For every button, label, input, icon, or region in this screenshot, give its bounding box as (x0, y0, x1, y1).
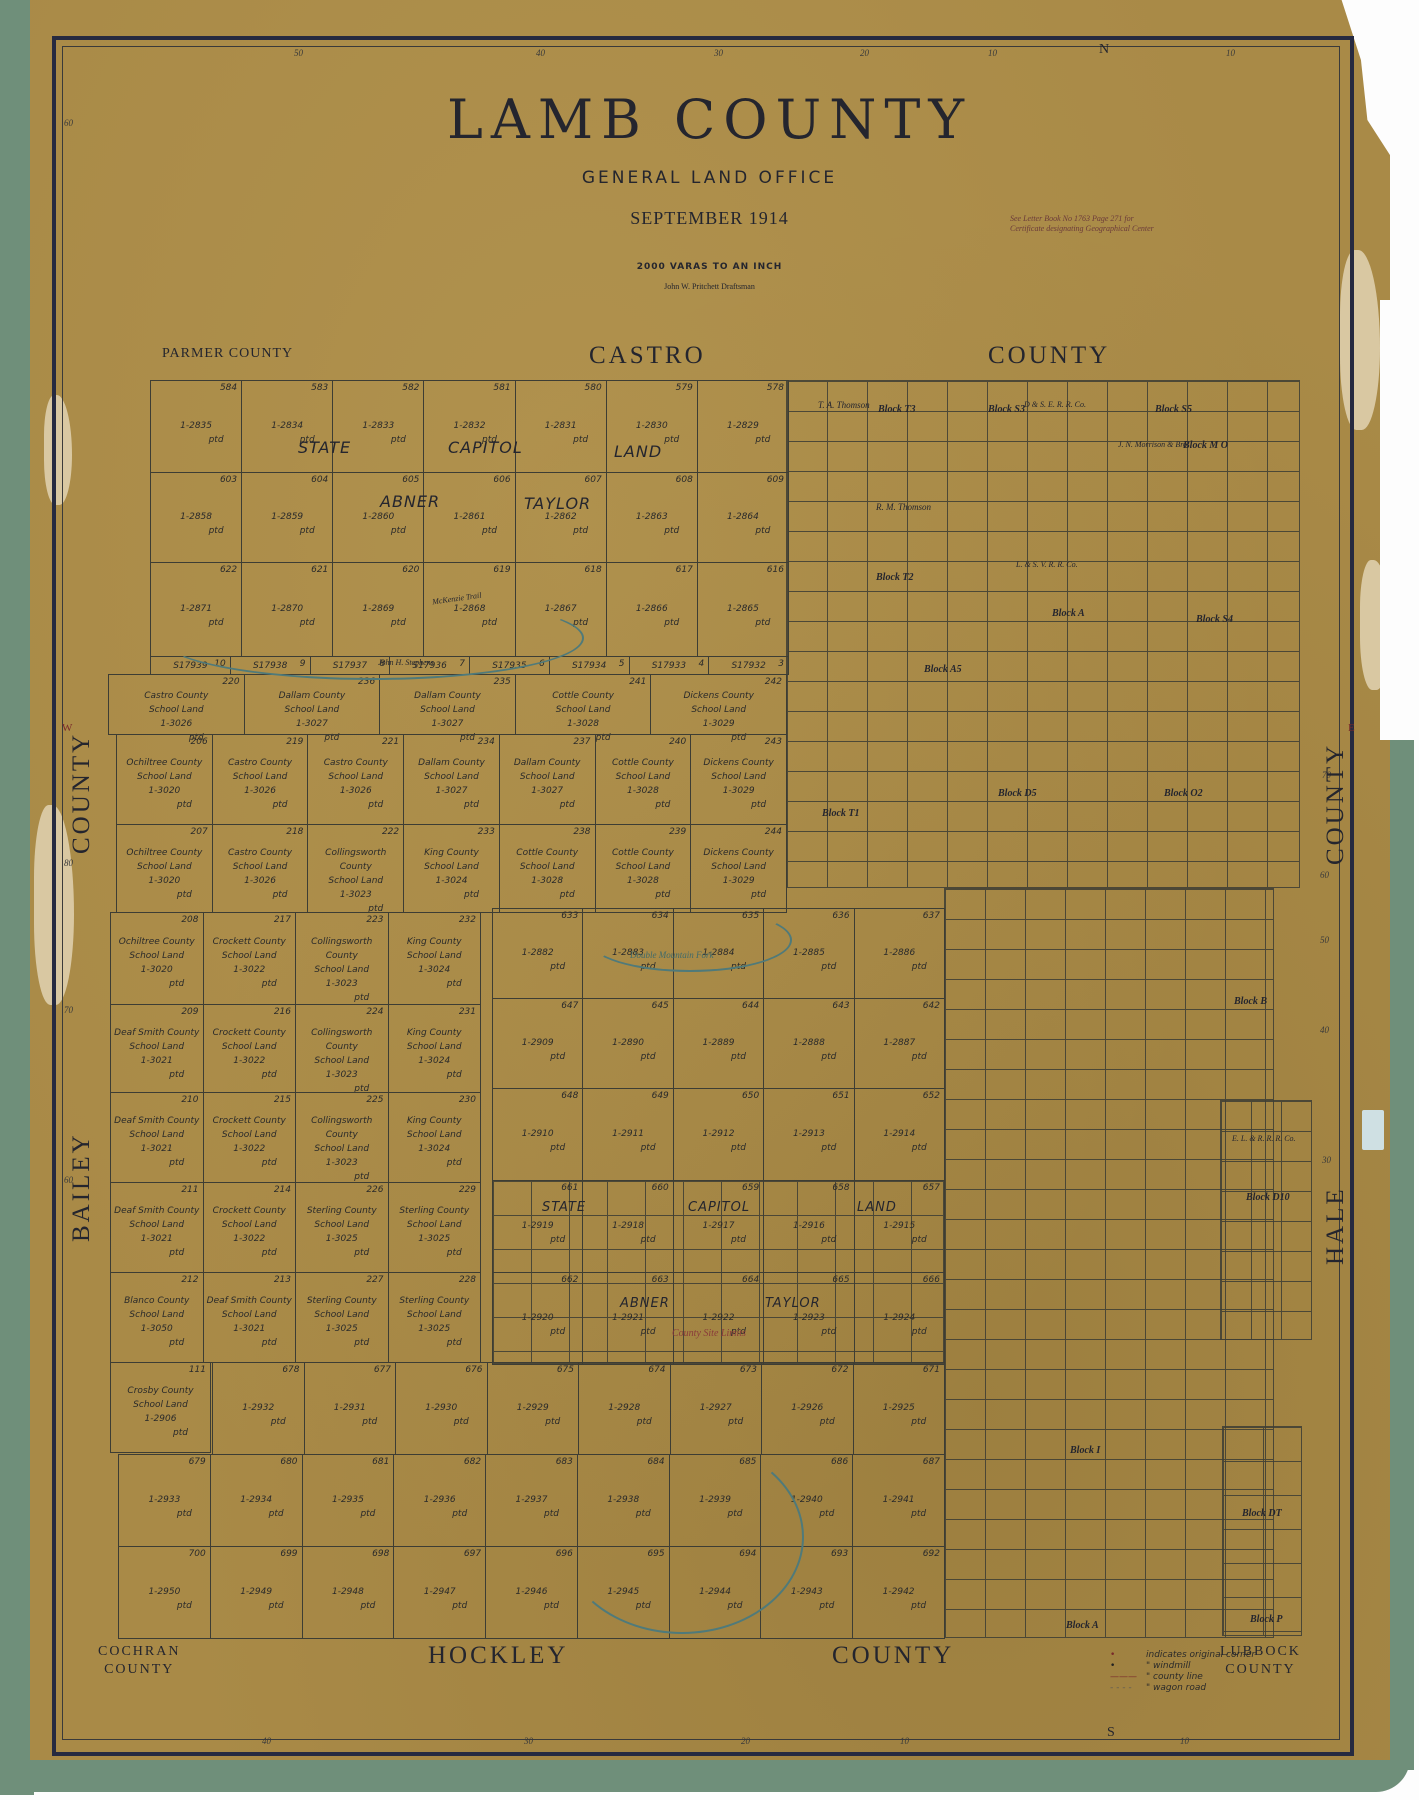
school-row-7: 211Deaf Smith CountySchool Land1-3021ptd… (110, 1182, 480, 1272)
capitol-row-661-657: 6611-2919ptd6601-2918ptd6591-2917ptd6581… (492, 1180, 944, 1272)
certificate-number: 1-2865 (698, 602, 788, 616)
label-morrison: J. N. Morrison & Bro. (1118, 440, 1189, 449)
compass-south: S (1107, 1725, 1115, 1741)
school-county-name: Collingsworth County (308, 846, 403, 874)
survey-section: 244Dickens CountySchool Land1-3029ptd (690, 824, 787, 913)
section-number: 677 (374, 1365, 391, 1375)
label-line: COUNTY (98, 1661, 180, 1679)
section-number: 225 (366, 1095, 383, 1105)
section-number: 604 (311, 475, 328, 485)
section-label: 1-2919ptd (493, 1219, 582, 1247)
border-tick: 10 (1180, 1736, 1189, 1746)
survey-section: 242Dickens CountySchool Land1-3029ptd (650, 674, 787, 735)
patented-mark: ptd (493, 1325, 582, 1339)
school-row-3: 207Ochiltree CountySchool Land1-3020ptd2… (116, 824, 786, 912)
section-label: 1-2910ptd (493, 1127, 582, 1155)
school-land-text: School Land (389, 1128, 481, 1142)
section-label: Crockett CountySchool Land1-3022ptd (204, 1204, 296, 1260)
patented-mark: ptd (764, 1233, 853, 1247)
legend-label: indicates original corner (1146, 1650, 1255, 1660)
school-land-text: School Land (204, 949, 296, 963)
section-number: 636 (832, 911, 849, 921)
school-county-name: Deaf Smith County (111, 1026, 203, 1040)
border-tick: 20 (741, 1736, 750, 1746)
survey-section: 6651-2923ptd (763, 1272, 854, 1365)
patented-mark: ptd (211, 1599, 302, 1613)
patented-mark: ptd (583, 1141, 672, 1155)
section-label: S17932 (709, 659, 788, 673)
survey-section: 223Collingsworth CountySchool Land1-3023… (295, 912, 389, 1005)
school-county-name: Crockett County (204, 1026, 296, 1040)
section-label: 1-2866ptd (607, 602, 697, 630)
section-number: 681 (372, 1457, 389, 1467)
survey-section: 6981-2948ptd (302, 1546, 395, 1639)
school-land-text: School Land (516, 703, 651, 717)
legend-item: •" windmill (1110, 1661, 1255, 1672)
survey-section: 232King CountySchool Land1-3024ptd (388, 912, 482, 1005)
section-number: 606 (493, 475, 510, 485)
label-el-rr-co: E. L. & R. R. R. Co. (1232, 1134, 1296, 1143)
certificate-number: S17932 (709, 659, 788, 673)
certificate-number: 1-2910 (493, 1127, 582, 1141)
certificate-number: 1-3020 (111, 963, 203, 977)
survey-section: 5811-2832ptd (423, 380, 515, 473)
survey-section: 6591-2917ptd (673, 1180, 764, 1273)
certificate-number: 1-2941 (853, 1493, 944, 1507)
section-number: 687 (923, 1457, 940, 1467)
certificate-number: 1-2911 (583, 1127, 672, 1141)
certificate-number: 1-2917 (674, 1219, 763, 1233)
patented-mark: ptd (516, 433, 606, 447)
label-county-site: County Site Limits (672, 1328, 746, 1339)
survey-section: 216Crockett CountySchool Land1-3022ptd (203, 1004, 297, 1093)
survey-section: 213Deaf Smith CountySchool Land1-3021ptd (203, 1272, 297, 1363)
school-land-text: School Land (296, 963, 388, 977)
section-label: 1-2928ptd (579, 1401, 670, 1429)
label-block-a5: Block A5 (924, 664, 962, 675)
section-label: Crockett CountySchool Land1-3022ptd (204, 1114, 296, 1170)
school-county-name: Deaf Smith County (111, 1204, 203, 1218)
patented-mark: ptd (855, 1233, 944, 1247)
survey-section: 240Cottle CountySchool Land1-3028ptd (595, 734, 692, 825)
label-hale: HALE (1322, 1186, 1350, 1265)
label-block-o2: Block O2 (1164, 788, 1203, 799)
survey-section: 3S17932 (708, 656, 789, 675)
label-taylor-south: TAYLOR (765, 1296, 821, 1311)
school-land-text: School Land (389, 1040, 481, 1054)
survey-section: 230King CountySchool Land1-3024ptd (388, 1092, 482, 1183)
cloth-backing-right (1388, 730, 1414, 1770)
handwritten-note: See Letter Book No 1763 Page 271 for Cer… (1010, 214, 1154, 234)
certificate-number: 1-2932 (213, 1401, 304, 1415)
certificate-number: 1-3021 (204, 1322, 296, 1336)
windmill-symbol-icon: • (1110, 1661, 1146, 1672)
section-number: 649 (652, 1091, 669, 1101)
paper-tear (1362, 1110, 1384, 1150)
section-number: 616 (767, 565, 784, 575)
label-abner: ABNER (380, 492, 440, 511)
school-row-2: 206Ochiltree CountySchool Land1-3020ptd2… (116, 734, 786, 824)
survey-section: 218Castro CountySchool Land1-3026ptd (212, 824, 309, 913)
section-number: 642 (923, 1001, 940, 1011)
border-tick: 40 (262, 1736, 271, 1746)
section-label: 1-2829ptd (698, 419, 788, 447)
section-label: 1-2915ptd (855, 1219, 944, 1247)
survey-section: 209Deaf Smith CountySchool Land1-3021ptd (110, 1004, 204, 1093)
survey-section: 7001-2950ptd (118, 1546, 211, 1639)
school-land-text: School Land (213, 770, 308, 784)
patented-mark: ptd (761, 1599, 852, 1613)
section-number: 582 (402, 383, 419, 393)
certificate-number: 1-3021 (111, 1232, 203, 1246)
school-row-5: 209Deaf Smith CountySchool Land1-3021ptd… (110, 1004, 480, 1092)
certificate-number: 1-2858 (151, 510, 241, 524)
section-number: 618 (585, 565, 602, 575)
section-label: Dickens CountySchool Land1-3029ptd (691, 756, 786, 812)
section-number: 608 (676, 475, 693, 485)
survey-section: 219Castro CountySchool Land1-3026ptd (212, 734, 309, 825)
section-number: 683 (556, 1457, 573, 1467)
section-label: 1-2912ptd (674, 1127, 763, 1155)
section-number: 219 (286, 737, 303, 747)
section-number: 220 (222, 677, 239, 687)
school-county-name: Sterling County (296, 1204, 388, 1218)
survey-section: 229Sterling CountySchool Land1-3025ptd (388, 1182, 482, 1273)
section-label: 1-2864ptd (698, 510, 788, 538)
section-number: 212 (181, 1275, 198, 1285)
survey-section: 222Collingsworth CountySchool Land1-3023… (307, 824, 404, 913)
original-corner-symbol-icon: • (1110, 1650, 1146, 1661)
label-land-south: LAND (857, 1200, 897, 1215)
section-number: 206 (191, 737, 208, 747)
patented-mark: ptd (698, 616, 788, 630)
patented-mark: ptd (500, 798, 595, 812)
label-block-s4: Block S4 (1196, 614, 1233, 625)
school-county-name: Collingsworth County (296, 1026, 388, 1054)
survey-section: 6051-2860ptd (332, 472, 424, 563)
survey-section: 6501-2912ptd (673, 1088, 764, 1181)
patented-mark: ptd (119, 1599, 210, 1613)
section-label: Dickens CountySchool Land1-3029ptd (691, 846, 786, 902)
certificate-number: 1-3029 (651, 717, 786, 731)
section-label: Collingsworth CountySchool Land1-3023ptd (296, 1026, 388, 1096)
section-label: 1-2947ptd (394, 1585, 485, 1613)
label-block-a: Block A (1052, 608, 1085, 619)
survey-section: 6761-2930ptd (395, 1362, 488, 1455)
map-title: LAMB COUNTY (0, 88, 1419, 151)
section-number: 609 (767, 475, 784, 485)
section-label: Crockett CountySchool Land1-3022ptd (204, 1026, 296, 1082)
survey-section: 111Crosby CountySchool Land1-2906ptd (110, 1362, 211, 1453)
patented-mark: ptd (111, 1336, 203, 1350)
certificate-number: 1-2888 (764, 1036, 853, 1050)
patented-mark: ptd (762, 1415, 853, 1429)
section-label: King CountySchool Land1-3024ptd (404, 846, 499, 902)
border-tick: 10 (900, 1736, 909, 1746)
label-block-p: Block P (1250, 1614, 1283, 1625)
section-label: 1-2931ptd (305, 1401, 396, 1429)
school-land-text: School Land (691, 770, 786, 784)
school-land-text: School Land (389, 1218, 481, 1232)
patented-mark: ptd (853, 1507, 944, 1521)
section-label: 1-2882ptd (493, 946, 582, 974)
river-line (160, 596, 584, 680)
section-number: 242 (765, 677, 782, 687)
school-land-text: School Land (109, 703, 244, 717)
survey-section: 6441-2889ptd (673, 998, 764, 1089)
certificate-number: 1-2928 (579, 1401, 670, 1415)
certificate-number: 1-3022 (204, 963, 296, 977)
certificate-number: 1-2889 (674, 1036, 763, 1050)
school-row-4: 208Ochiltree CountySchool Land1-3020ptd2… (110, 912, 480, 1004)
school-county-name: Sterling County (389, 1204, 481, 1218)
section-label: Dallam CountySchool Land1-3027ptd (500, 756, 595, 812)
school-land-text: School Land (111, 1398, 210, 1412)
certificate-number: 1-3026 (308, 784, 403, 798)
survey-section: 6611-2919ptd (492, 1180, 583, 1273)
border-tick: 40 (536, 48, 545, 58)
section-label: 1-2889ptd (674, 1036, 763, 1064)
school-row-1: 220Castro CountySchool Land1-3026ptd236D… (108, 674, 786, 734)
label-block-t2: Block T2 (876, 572, 914, 583)
patented-mark: ptd (764, 1050, 853, 1064)
survey-section: 6031-2858ptd (150, 472, 242, 563)
survey-section: 6791-2933ptd (118, 1454, 211, 1547)
section-label: S17933 (630, 659, 709, 673)
certificate-number: 1-3020 (117, 784, 212, 798)
patented-mark: ptd (119, 1507, 210, 1521)
patented-mark: ptd (389, 1246, 481, 1260)
section-label: King CountySchool Land1-3024ptd (389, 1114, 481, 1170)
patented-mark: ptd (855, 1141, 944, 1155)
label-block-i: Block I (1070, 1445, 1100, 1456)
survey-section: 6081-2863ptd (606, 472, 698, 563)
section-number: 209 (181, 1007, 198, 1017)
certificate-number: 1-3026 (213, 784, 308, 798)
survey-section: 6521-2914ptd (854, 1088, 945, 1181)
survey-section: 6491-2911ptd (582, 1088, 673, 1181)
survey-section: 6571-2915ptd (854, 1180, 945, 1273)
certificate-number: 1-3028 (516, 717, 651, 731)
section-number: 680 (280, 1457, 297, 1467)
patented-mark: ptd (698, 524, 788, 538)
section-label: 1-2930ptd (396, 1401, 487, 1429)
school-land-text: School Land (111, 1040, 203, 1054)
label-line: COCHRAN (98, 1643, 180, 1661)
patented-mark: ptd (204, 977, 296, 991)
section-number: 679 (189, 1457, 206, 1467)
survey-section: 6621-2920ptd (492, 1272, 583, 1365)
section-label: 1-2911ptd (583, 1127, 672, 1155)
school-land-text: School Land (404, 770, 499, 784)
capitol-row-584-578: 5841-2835ptd5831-2834ptd5821-2833ptd5811… (150, 380, 788, 472)
school-land-text: School Land (111, 1218, 203, 1232)
compass-north: N (1099, 42, 1109, 58)
section-number: 648 (561, 1091, 578, 1101)
patented-mark: ptd (213, 798, 308, 812)
patented-mark: ptd (204, 1068, 296, 1082)
section-number: 650 (742, 1091, 759, 1101)
certificate-number: 1-2921 (583, 1311, 672, 1325)
section-number: 633 (561, 911, 578, 921)
school-county-name: Dallam County (404, 756, 499, 770)
school-county-name: Crockett County (204, 1114, 296, 1128)
section-number: 686 (831, 1457, 848, 1467)
section-number: 652 (923, 1091, 940, 1101)
wagon-road-symbol-icon: - - - - (1110, 1683, 1146, 1694)
patented-mark: ptd (674, 1141, 763, 1155)
survey-section: 6451-2890ptd (582, 998, 673, 1089)
label-land: LAND (614, 442, 662, 461)
patented-mark: ptd (424, 524, 514, 538)
patented-mark: ptd (303, 1507, 394, 1521)
survey-section: 6071-2862ptd (515, 472, 607, 563)
section-label: Collingsworth CountySchool Land1-3023ptd (296, 935, 388, 1005)
certificate-number: 1-3025 (296, 1322, 388, 1336)
eastern-blocks-north (786, 380, 1300, 888)
survey-section: 6331-2882ptd (492, 908, 583, 999)
survey-section: 224Collingsworth CountySchool Land1-3023… (295, 1004, 389, 1093)
certificate-number: 1-2924 (855, 1311, 944, 1325)
note-line: See Letter Book No 1763 Page 271 for (1010, 214, 1154, 224)
section-label: Sterling CountySchool Land1-3025ptd (389, 1294, 481, 1350)
survey-section: 6971-2947ptd (393, 1546, 486, 1639)
certificate-number: 1-2936 (394, 1493, 485, 1507)
section-label: King CountySchool Land1-3024ptd (389, 935, 481, 991)
section-number: 693 (831, 1549, 848, 1559)
section-label: 1-2941ptd (853, 1493, 944, 1521)
section-number: 237 (573, 737, 590, 747)
survey-section: 6811-2935ptd (302, 1454, 395, 1547)
section-label: 1-2913ptd (764, 1127, 853, 1155)
patented-mark: ptd (213, 888, 308, 902)
patented-mark: ptd (488, 1415, 579, 1429)
section-label: King CountySchool Land1-3024ptd (389, 1026, 481, 1082)
certificate-number: 1-2909 (493, 1036, 582, 1050)
section-number: 235 (494, 677, 511, 687)
section-number: 222 (382, 827, 399, 837)
school-county-name: Blanco County (111, 1294, 203, 1308)
note-line: Certificate designating Geographical Cen… (1010, 224, 1154, 234)
section-label: 1-2888ptd (764, 1036, 853, 1064)
certificate-number: 1-3027 (500, 784, 595, 798)
certificate-number: 1-3021 (111, 1142, 203, 1156)
label-block-mo: Block M O (1183, 440, 1228, 451)
section-number: 580 (585, 383, 602, 393)
school-land-text: School Land (111, 949, 203, 963)
border-tick: 70 (64, 1005, 73, 1015)
patented-mark: ptd (333, 524, 423, 538)
school-land-text: School Land (296, 1308, 388, 1322)
certificate-number: 1-2890 (583, 1036, 672, 1050)
patented-mark: ptd (607, 616, 697, 630)
survey-section: 6161-2865ptd (697, 562, 789, 657)
patented-mark: ptd (493, 960, 582, 974)
label-bailey: BAILEY (68, 1132, 96, 1242)
patented-mark: ptd (486, 1599, 577, 1613)
patented-mark: ptd (404, 798, 499, 812)
school-land-text: School Land (500, 860, 595, 874)
section-number: 239 (669, 827, 686, 837)
section-label: 1-2886ptd (855, 946, 944, 974)
survey-section: 210Deaf Smith CountySchool Land1-3021ptd (110, 1092, 204, 1183)
school-land-text: School Land (111, 1308, 203, 1322)
section-number: 658 (832, 1183, 849, 1193)
section-number: 241 (629, 677, 646, 687)
certificate-number: 1-2915 (855, 1219, 944, 1233)
section-number: 678 (282, 1365, 299, 1375)
certificate-number: 1-3024 (389, 963, 481, 977)
section-number: 218 (286, 827, 303, 837)
certificate-number: 1-3022 (204, 1142, 296, 1156)
patented-mark: ptd (111, 1426, 210, 1440)
survey-section: 234Dallam CountySchool Land1-3027ptd (403, 734, 500, 825)
certificate-number: 1-3023 (296, 1156, 388, 1170)
survey-section: 6711-2925ptd (853, 1362, 946, 1455)
survey-section: 6581-2916ptd (763, 1180, 854, 1273)
patented-mark: ptd (500, 888, 595, 902)
patented-mark: ptd (493, 1050, 582, 1064)
school-county-name: Dickens County (691, 756, 786, 770)
patented-mark: ptd (308, 798, 403, 812)
section-number: 230 (459, 1095, 476, 1105)
certificate-number: 1-2919 (493, 1219, 582, 1233)
certificate-number: 1-3025 (389, 1232, 481, 1246)
patented-mark: ptd (691, 798, 786, 812)
certificate-number: 1-3024 (389, 1054, 481, 1068)
label-block-s5: Block S5 (1155, 404, 1192, 415)
certificate-number: 1-2859 (242, 510, 332, 524)
patented-mark: ptd (389, 1068, 481, 1082)
border-tick: 50 (294, 48, 303, 58)
patented-mark: ptd (583, 1050, 672, 1064)
section-number: 217 (274, 915, 291, 925)
section-label: Deaf Smith CountySchool Land1-3021ptd (204, 1294, 296, 1350)
section-label: 1-2942ptd (853, 1585, 944, 1613)
patented-mark: ptd (674, 1233, 763, 1247)
label-state-south: STATE (542, 1200, 586, 1215)
label-hale-county: COUNTY (1322, 743, 1350, 865)
section-label: Cottle CountySchool Land1-3028ptd (596, 846, 691, 902)
border-tick: 30 (714, 48, 723, 58)
issuing-office: GENERAL LAND OFFICE (0, 168, 1419, 188)
certificate-number: 1-2926 (762, 1401, 853, 1415)
section-number: 666 (923, 1275, 940, 1285)
section-number: 231 (459, 1007, 476, 1017)
section-label: 1-2890ptd (583, 1036, 672, 1064)
school-land-text: School Land (204, 1128, 296, 1142)
certificate-number: 1-2833 (333, 419, 423, 433)
certificate-number: 1-2829 (698, 419, 788, 433)
section-label: 1-2863ptd (607, 510, 697, 538)
survey-section: 6751-2929ptd (487, 1362, 580, 1455)
label-state: STATE (298, 438, 351, 457)
section-number: 620 (402, 565, 419, 575)
section-number: 698 (372, 1549, 389, 1559)
survey-section: 6871-2941ptd (852, 1454, 945, 1547)
section-number: 621 (311, 565, 328, 575)
section-number: 645 (652, 1001, 669, 1011)
section-number: 663 (652, 1275, 669, 1285)
section-number: 682 (464, 1457, 481, 1467)
section-number: 207 (191, 827, 208, 837)
patented-mark: ptd (674, 1050, 763, 1064)
section-number: 603 (220, 475, 237, 485)
capitol-row-700-692: 7001-2950ptd6991-2949ptd6981-2948ptd6971… (118, 1546, 944, 1638)
certificate-number: 1-2942 (853, 1585, 944, 1599)
section-label: Deaf Smith CountySchool Land1-3021ptd (111, 1204, 203, 1260)
survey-section: 211Deaf Smith CountySchool Land1-3021ptd (110, 1182, 204, 1273)
